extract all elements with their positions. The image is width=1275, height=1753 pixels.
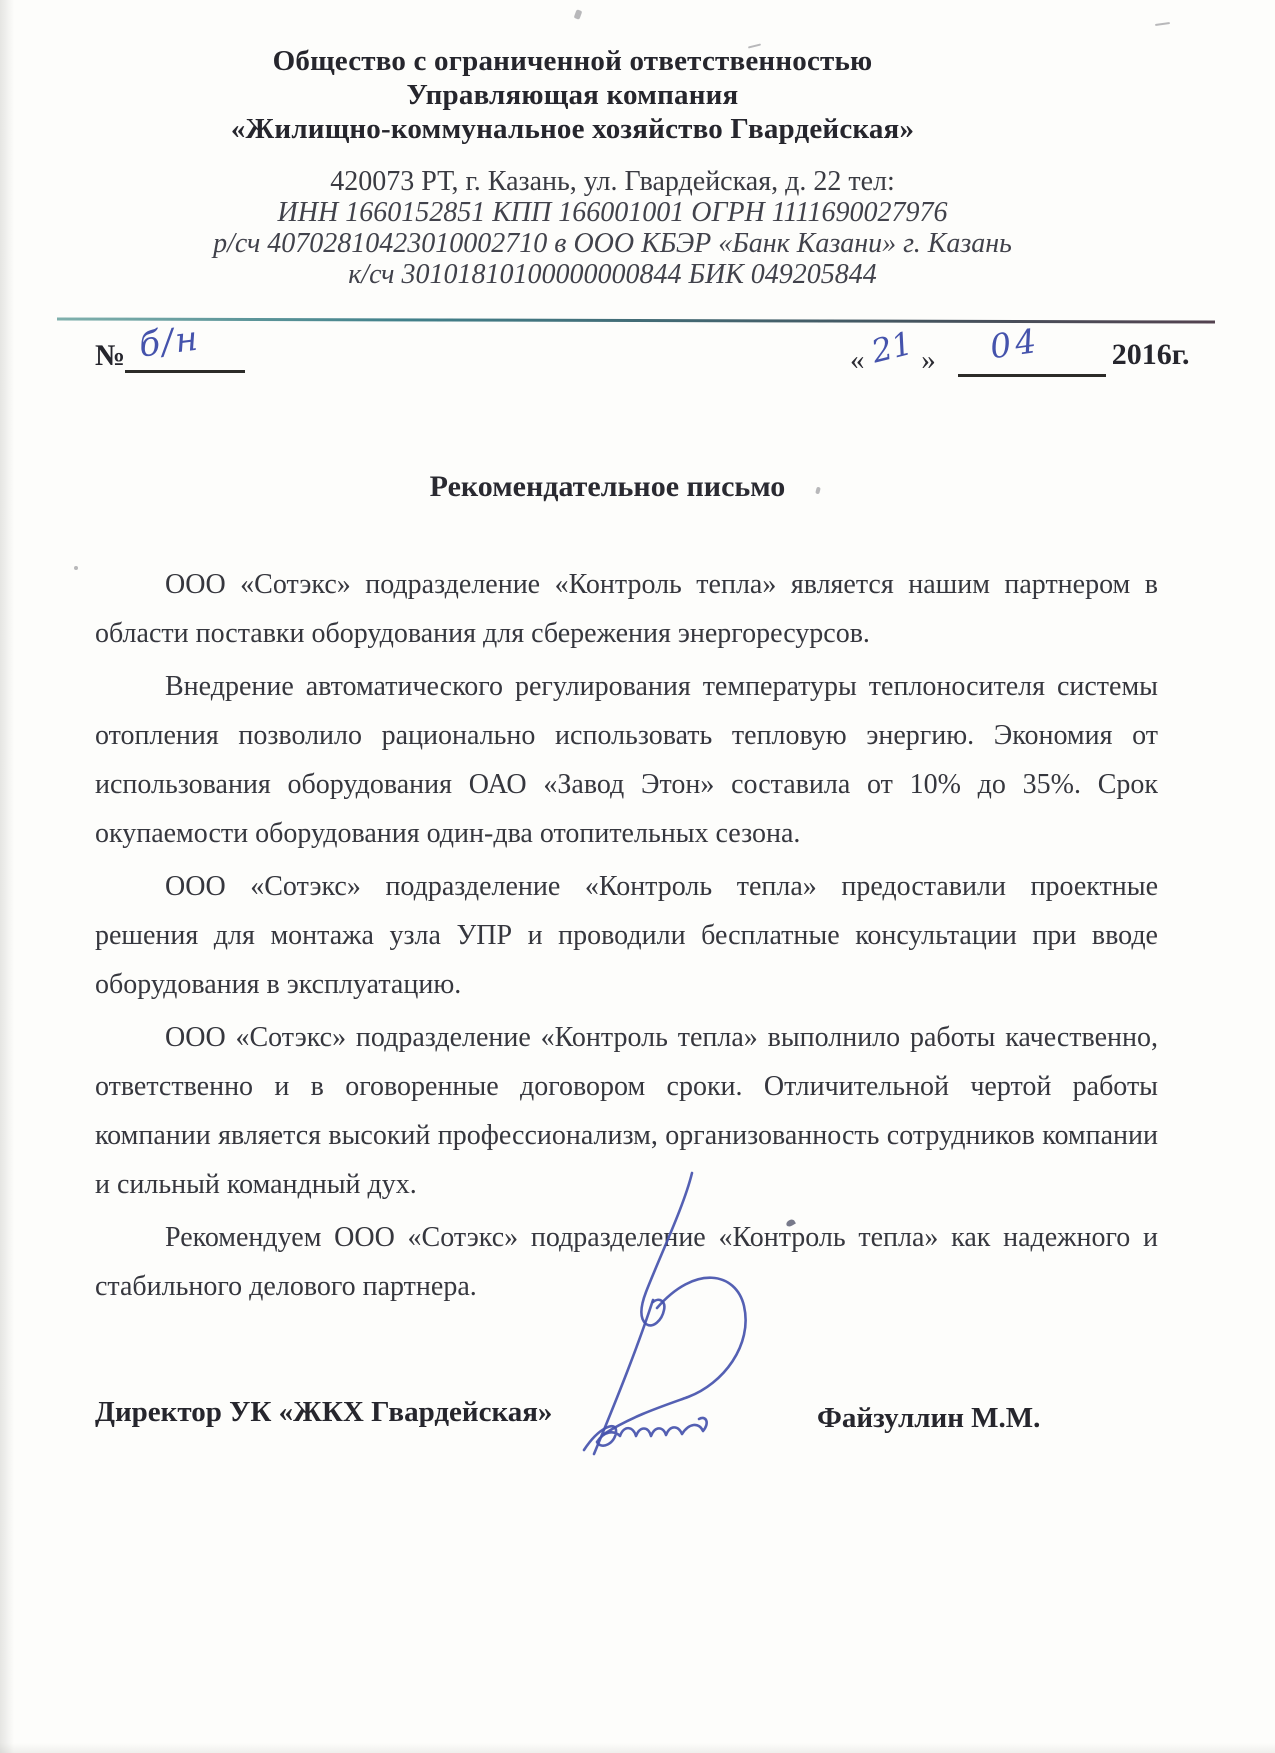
number-sign: № bbox=[95, 339, 125, 372]
handwritten-signature-ink bbox=[562, 1168, 780, 1470]
scanned-letter-page: Общество с ограниченной ответственностью… bbox=[0, 0, 1275, 1753]
org-inn-kpp-ogrn: ИНН 1660152851 КПП 166001001 ОГРН 111169… bbox=[55, 197, 1170, 228]
org-corr-account: к/сч 30101810100000000844 БИК 049205844 bbox=[55, 259, 1170, 290]
director-name: Файзуллин М.М. bbox=[817, 1402, 1040, 1435]
scan-speck bbox=[574, 9, 583, 20]
letterhead-requisites: 420073 РТ, г. Казань, ул. Гвардейская, д… bbox=[55, 166, 1170, 290]
org-name-line1: Общество с ограниченной ответственностью bbox=[0, 44, 1145, 78]
quote-close: » bbox=[921, 344, 936, 376]
year-label: 2016г. bbox=[1112, 338, 1190, 371]
handwritten-day: 21 bbox=[867, 324, 916, 371]
handwritten-number: б/н bbox=[137, 318, 202, 365]
scan-speck bbox=[74, 566, 78, 570]
org-name-line2: Управляющая компания bbox=[0, 78, 1145, 112]
document-date: «21»042016г. bbox=[850, 332, 1189, 392]
number-blank-line: б/н bbox=[125, 330, 245, 373]
handwritten-month: 04 bbox=[987, 321, 1042, 367]
org-bank-account: р/сч 40702810423010002710 в ООО КБЭР «Ба… bbox=[55, 228, 1170, 259]
document-title: Рекомендательное письмо bbox=[0, 470, 1215, 504]
month-blank-line: 04 bbox=[958, 332, 1106, 377]
quote-open: « bbox=[850, 344, 865, 376]
document-number: №б/н bbox=[95, 330, 245, 390]
org-name-line3: «Жилищно-коммунальное хозяйство Гвардейс… bbox=[0, 112, 1145, 146]
director-position-label: Директор УК «ЖКХ Гвардейская» bbox=[95, 1396, 552, 1429]
org-address: 420073 РТ, г. Казань, ул. Гвардейская, д… bbox=[55, 166, 1170, 197]
paragraph-partner-intro: ООО «Сотэкс» подразделение «Контроль теп… bbox=[95, 560, 1158, 658]
letterhead-org-name: Общество с ограниченной ответственностью… bbox=[0, 44, 1145, 146]
letterhead-divider-line bbox=[57, 317, 1215, 323]
paragraph-project-solutions: ООО «Сотэкс» подразделение «Контроль теп… bbox=[95, 862, 1158, 1009]
scan-speck bbox=[1155, 22, 1170, 26]
paragraph-savings: Внедрение автоматического регулирования … bbox=[95, 662, 1158, 858]
